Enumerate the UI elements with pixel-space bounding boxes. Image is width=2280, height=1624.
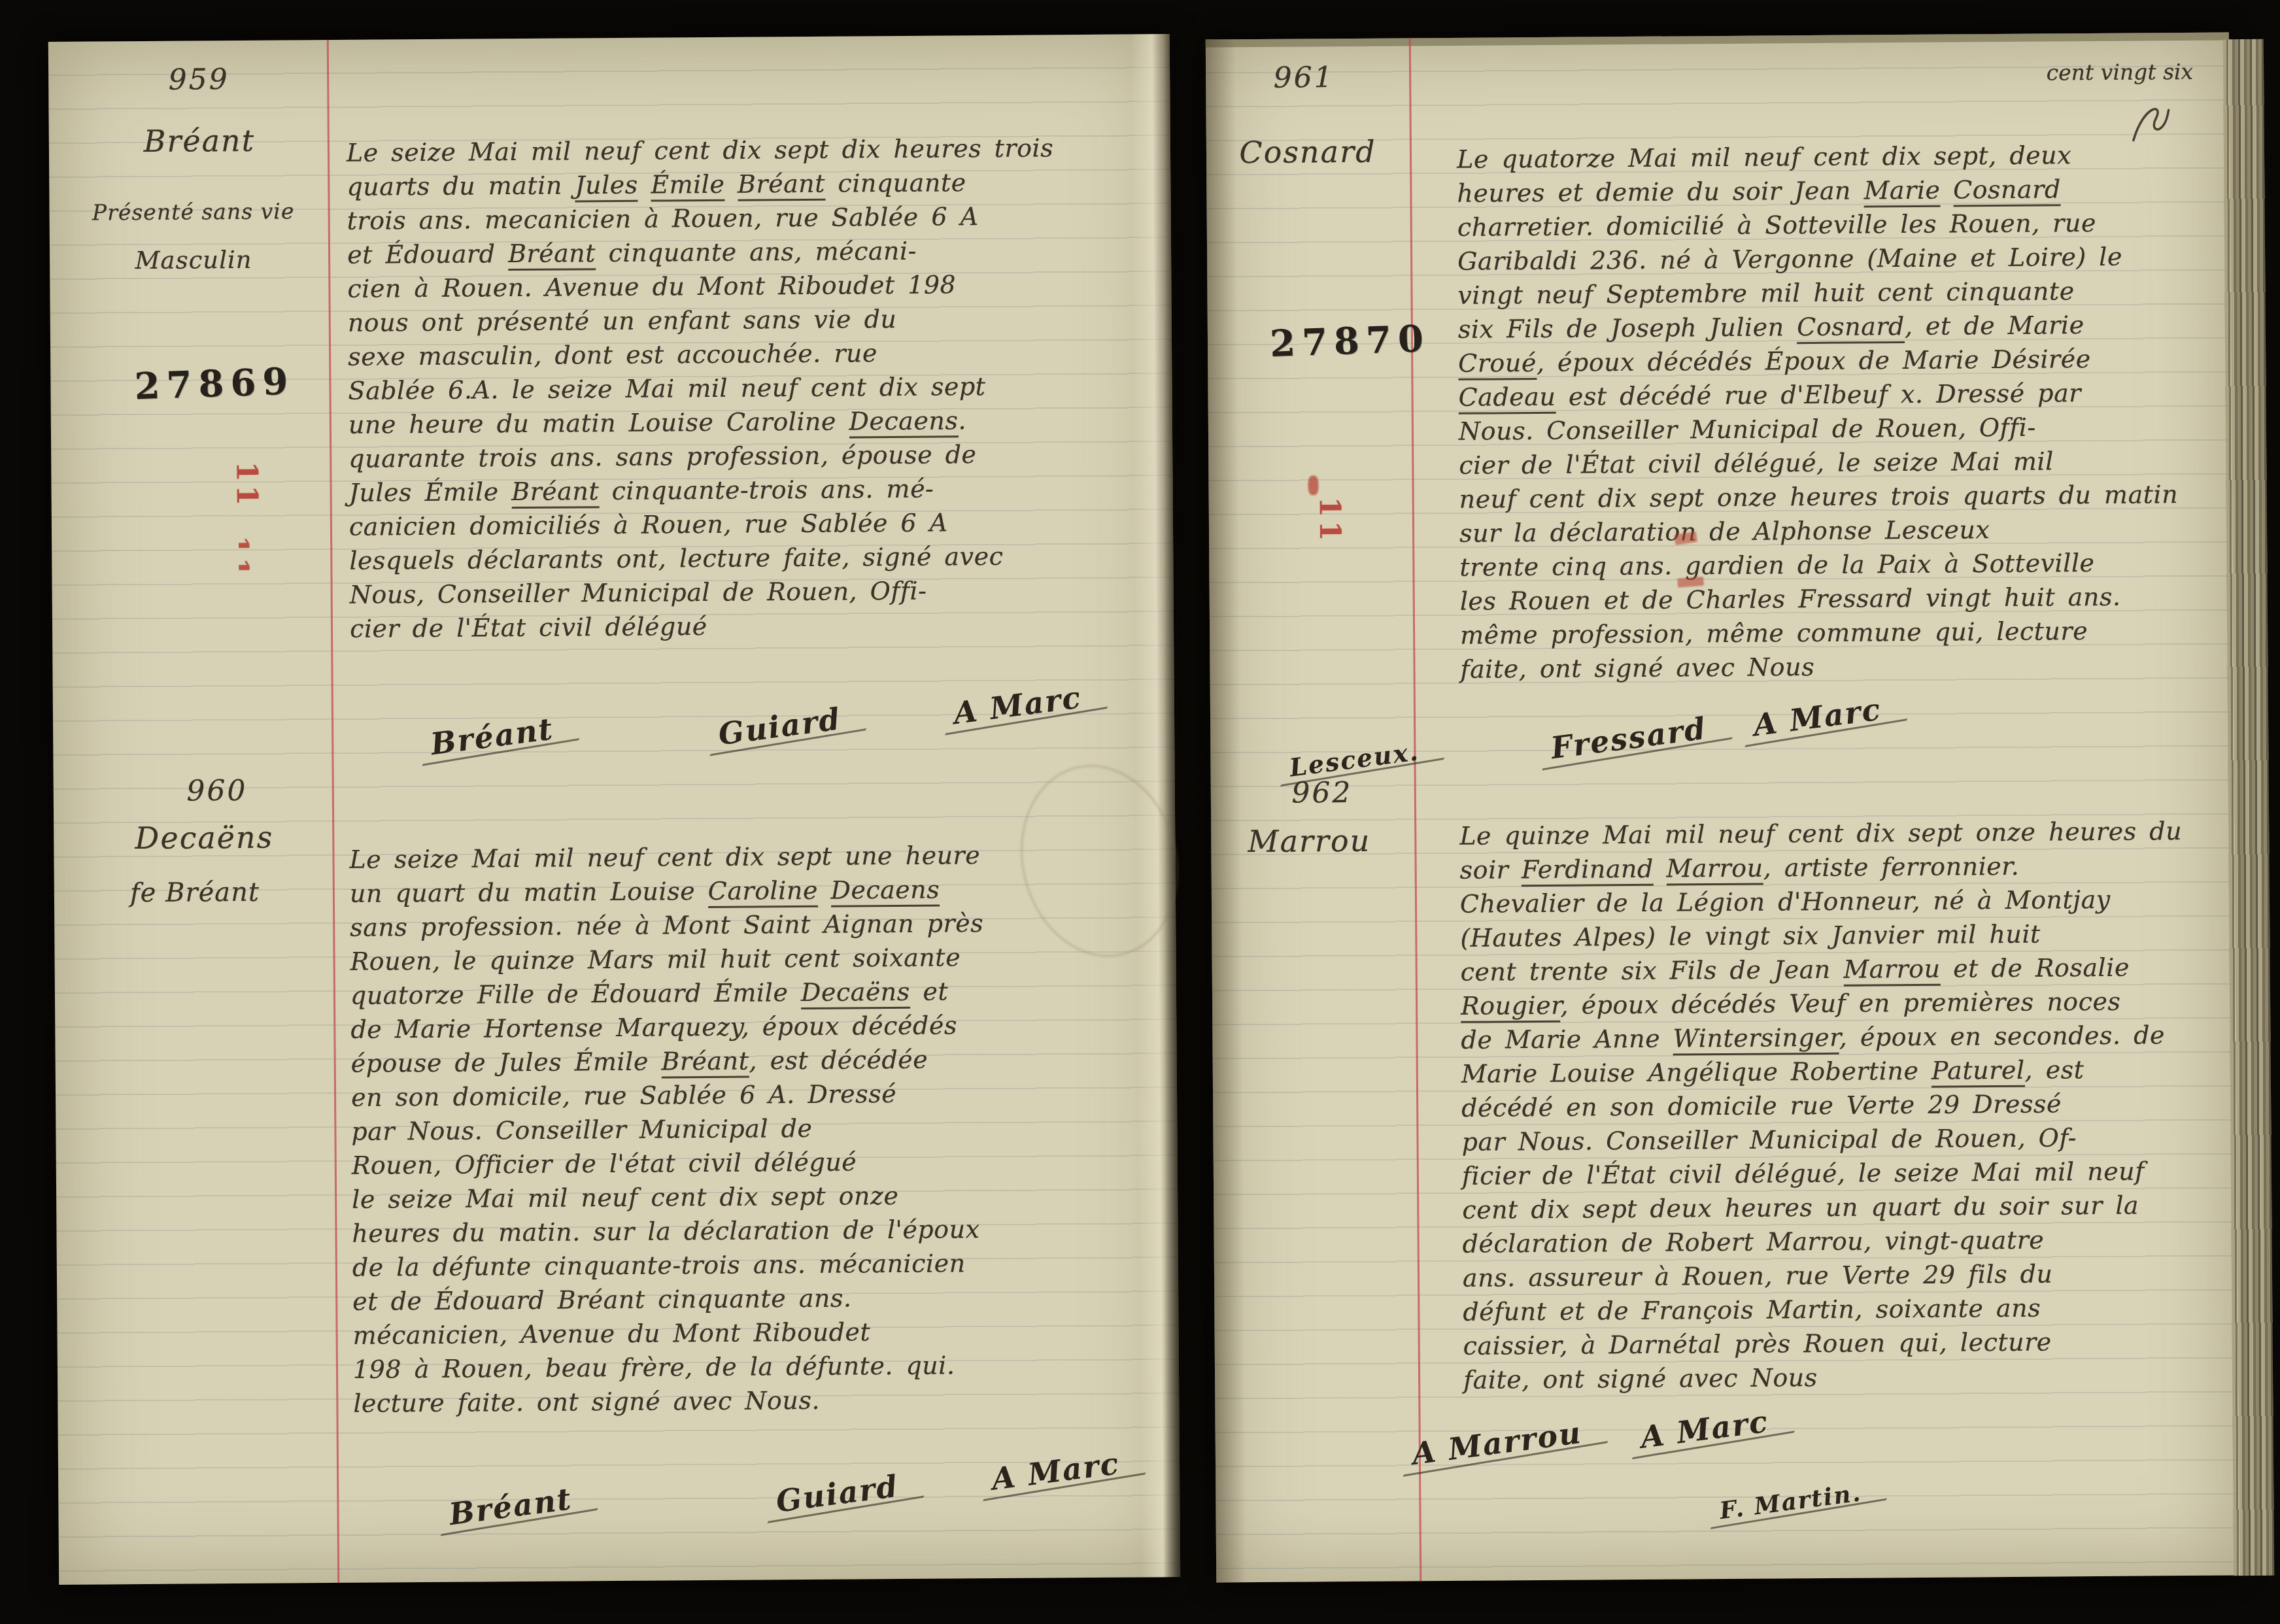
entry-line: Rouen, Officier de l'état civil délégué <box>352 1143 1153 1183</box>
registry-spread: 959 Bréant Présenté sans vie Masculin 27… <box>0 0 2280 1624</box>
entry-line: même profession, même commune qui, lectu… <box>1460 613 2225 652</box>
entry-line: ficier de l'État civil délégué, le seize… <box>1462 1154 2230 1193</box>
folio-label: cent vingt six <box>1886 59 2193 86</box>
entry-960-margin-name: Decaëns <box>67 819 341 856</box>
entry-line: six Fils de Joseph Julien Cosnard, et de… <box>1458 307 2223 347</box>
entry-line: sans profession. née à Mont Saint Aignan… <box>350 905 1151 945</box>
entry-962-text: Le quinze Mai mil neuf cent dix sept onz… <box>1459 814 2232 1397</box>
entry-line: cien à Rouen. Avenue du Mont Riboudet 19… <box>347 266 1148 306</box>
entry-961-number: 961 <box>1232 61 1376 95</box>
entry-line: heures du matin. sur la déclaration de l… <box>352 1211 1153 1251</box>
entry-961-text: Le quatorze Mai mil neuf cent dix sept, … <box>1457 137 2226 686</box>
entry-line: mécanicien, Avenue du Mont Riboudet <box>352 1313 1153 1353</box>
signature-officer: A Marc <box>989 1446 1121 1497</box>
entry-line: trente cinq ans. gardien de la Paix à So… <box>1459 545 2224 584</box>
entry-line: heures et demie du soir Jean Marie Cosna… <box>1457 171 2222 211</box>
margin-rule <box>327 40 339 1583</box>
right-page: cent vingt six 961 Cosnard 27870 11 Le q… <box>1206 33 2239 1583</box>
entry-line: trois ans. mecanicien à Rouen, rue Sablé… <box>347 198 1148 238</box>
entry-line: une heure du matin Louise Caroline Decae… <box>349 402 1149 442</box>
entry-line: par Nous. Conseiller Municipal de Rouen,… <box>1461 1120 2230 1159</box>
entry-959-number: 959 <box>120 63 277 97</box>
entry-962-signatures: A Marrou A Marc F. Martin. <box>1215 1404 2228 1583</box>
signature-declarant: Guiard <box>716 701 843 752</box>
entry-line: cier de l'État civil délégué, le seize M… <box>1459 443 2224 482</box>
entry-line: soir Ferdinand Marrou, artiste ferronnie… <box>1459 848 2228 887</box>
red-control-stamp-partial: 11 <box>223 536 254 581</box>
entry-959-text: Le seize Mai mil neuf cent dix sept dix … <box>347 130 1151 646</box>
signature-declarant: Fressard <box>1549 711 1709 766</box>
entry-line: et Édouard Bréant cinquante ans, mécani- <box>347 232 1148 272</box>
entry-line: Le quinze Mai mil neuf cent dix sept onz… <box>1459 814 2228 853</box>
entry-line: Nous, Conseiller Municipal de Rouen, Off… <box>350 572 1151 612</box>
entry-line: 198 à Rouen, beau frère, de la défunte. … <box>353 1347 1154 1387</box>
entry-line: Jules Émile Bréant cinquante-trois ans. … <box>349 470 1149 510</box>
entry-line: charretier. domicilié à Sotteville les R… <box>1457 205 2222 245</box>
entry-line: vingt neuf Septembre mil huit cent cinqu… <box>1457 273 2222 313</box>
entry-line: sur la déclaration de Alphonse Lesceux <box>1459 511 2224 550</box>
registry-number-stamp: 27870 <box>1269 317 1431 365</box>
entry-line: Rouen, le quinze Mars mil huit cent soix… <box>350 939 1151 979</box>
entry-line: neuf cent dix sept onze heures trois qua… <box>1459 477 2224 516</box>
page-top-edge <box>1206 33 2229 48</box>
entry-line: Le seize Mai mil neuf cent dix sept dix … <box>347 130 1148 170</box>
signature-declarant: Bréant <box>429 711 556 762</box>
entry-line: et de Édouard Bréant cinquante ans. <box>352 1279 1153 1319</box>
signature-declarant: F. Martin. <box>1718 1479 1863 1525</box>
entry-line: nous ont présenté un enfant sans vie du <box>348 300 1149 340</box>
entry-line: Marie Louise Angélique Robertine Paturel… <box>1461 1052 2230 1091</box>
entry-line: épouse de Jules Émile Bréant, est décédé… <box>351 1041 1152 1081</box>
entry-line: quatorze Fille de Édouard Émile Decaëns … <box>350 973 1151 1013</box>
entry-960-number: 960 <box>139 773 296 808</box>
left-page: 959 Bréant Présenté sans vie Masculin 27… <box>48 34 1180 1585</box>
entry-959-margin-note: Présenté sans vie <box>49 198 337 226</box>
entry-960-text: Le seize Mai mil neuf cent dix sept une … <box>349 837 1154 1421</box>
entry-line: défunt et de François Martin, soixante a… <box>1463 1290 2231 1329</box>
entry-line: Nous. Conseiller Municipal de Rouen, Off… <box>1459 409 2224 448</box>
entry-line: Le seize Mai mil neuf cent dix sept une … <box>349 837 1150 877</box>
entry-line: décédé en son domicile rue Verte 29 Dres… <box>1461 1086 2230 1125</box>
entry-line: Rougier, époux décédés Veuf en premières… <box>1461 984 2229 1023</box>
entry-962-margin-name: Marrou <box>1211 822 1407 859</box>
entry-line: lesquels déclarants ont, lecture faite, … <box>349 538 1150 578</box>
entry-961-margin-name: Cosnard <box>1206 133 1409 170</box>
signature-officer: A Marc <box>1751 692 1883 743</box>
entry-line: sexe masculin, dont est accouchée. rue <box>348 334 1149 374</box>
entry-line: Croué, époux décédés Époux de Marie Dési… <box>1458 341 2223 381</box>
entry-line: les Rouen et de Charles Fressard vingt h… <box>1460 579 2225 618</box>
entry-959-margin-name: Bréant <box>69 122 330 160</box>
entry-line: de Marie Hortense Marquezy, époux décédé… <box>350 1007 1151 1047</box>
entry-line: ans. assureur à Rouen, rue Verte 29 fils… <box>1463 1256 2231 1295</box>
signature-officer: A Marc <box>951 679 1083 731</box>
signature-declarant: Guiard <box>774 1468 901 1519</box>
signature-officer: A Marc <box>1639 1404 1771 1455</box>
entry-962-number: 962 <box>1250 776 1394 811</box>
entry-line: Garibaldi 236. né à Vergonne (Maine et L… <box>1457 239 2222 279</box>
entry-line: de Marie Anne Wintersinger, époux en sec… <box>1461 1018 2229 1057</box>
entry-line: Sablée 6.A. le seize Mai mil neuf cent d… <box>348 368 1149 408</box>
entry-line: cent dix sept deux heures un quart du so… <box>1462 1188 2230 1227</box>
entry-line: caissier, à Darnétal près Rouen qui, lec… <box>1463 1324 2232 1363</box>
entry-line: déclaration de Robert Marrou, vingt-quat… <box>1462 1222 2230 1261</box>
entry-line: le seize Mai mil neuf cent dix sept onze <box>352 1177 1153 1217</box>
entry-line: un quart du matin Louise Caroline Decaen… <box>350 871 1151 911</box>
registry-number-stamp: 27869 <box>133 360 295 408</box>
entry-line: en son domicile, rue Sablée 6 A. Dressé <box>351 1075 1152 1115</box>
red-ink-dot <box>1308 475 1318 495</box>
entry-line: faite, ont signé avec Nous <box>1460 647 2225 686</box>
entry-line: cier de l'État civil délégué <box>350 606 1151 646</box>
entry-line: Chevalier de la Légion d'Honneur, né à M… <box>1460 882 2228 921</box>
entry-line: quarts du matin Jules Émile Bréant cinqu… <box>347 164 1148 204</box>
entry-line: cent trente six Fils de Jean Marrou et d… <box>1461 950 2229 989</box>
signature-declarant: A Marrou <box>1410 1415 1584 1472</box>
entry-line: par Nous. Conseiller Municipal de <box>351 1109 1152 1149</box>
entry-line: lecture faite. ont signé avec Nous. <box>353 1381 1154 1421</box>
red-control-stamp: 11 <box>1313 497 1347 545</box>
red-control-stamp: 11 <box>230 462 264 510</box>
entry-line: Cadeau est décédé rue d'Elbeuf x. Dressé… <box>1458 375 2223 414</box>
entry-line: quarante trois ans. sans profession, épo… <box>349 436 1149 476</box>
entry-959-margin-note: Masculin <box>76 245 311 275</box>
entry-960-margin-note: fe Bréant <box>54 877 335 909</box>
entry-line: de la défunte cinquante-trois ans. mécan… <box>352 1245 1153 1285</box>
entry-960-signatures: Bréant Guiard A Marc <box>409 1453 1168 1582</box>
entry-line: Le quatorze Mai mil neuf cent dix sept, … <box>1457 137 2222 177</box>
entry-line: faite, ont signé avec Nous <box>1463 1358 2232 1397</box>
signature-declarant: Bréant <box>447 1481 574 1532</box>
entry-line: (Hautes Alpes) le vingt six Janvier mil … <box>1460 916 2228 955</box>
entry-line: canicien domiciliés à Rouen, rue Sablée … <box>349 504 1150 544</box>
